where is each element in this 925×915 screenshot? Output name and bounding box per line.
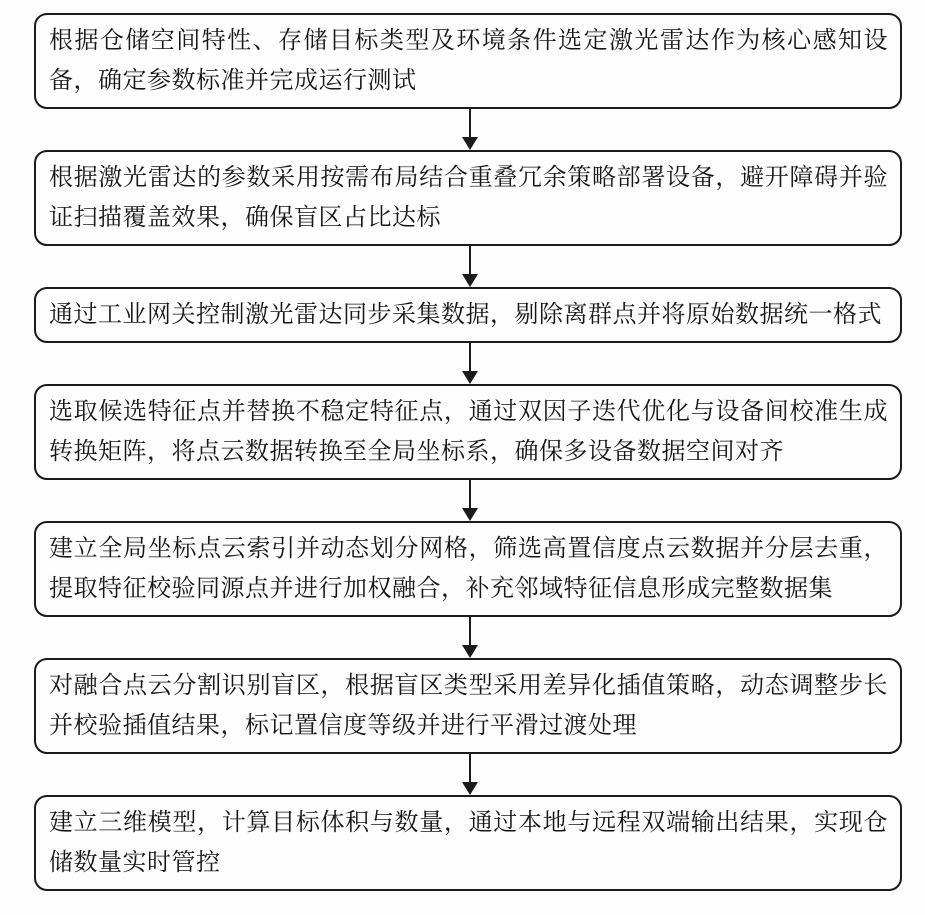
flow-step-text: 对融合点云分割识别盲区，根据盲区类型采用差异化插值策略，动态调整步长并校验插值结… [49, 666, 888, 746]
down-arrow-icon [462, 480, 478, 521]
arrow-line [469, 246, 471, 274]
flow-step-2: 根据激光雷达的参数采用按需布局结合重叠冗余策略部署设备，避开障碍并验证扫描覆盖效… [34, 150, 902, 287]
flow-step-text: 根据仓储空间特性、存储目标类型及环境条件选定激光雷达作为核心感知设备，确定参数标… [49, 21, 888, 101]
arrow-head [462, 645, 478, 658]
arrow-line [469, 754, 471, 782]
page: { "flowchart": { "title": "激光雷达仓储感知流程图",… [0, 0, 925, 915]
arrow-head [462, 508, 478, 521]
down-arrow-icon [462, 617, 478, 658]
flow-step-1: 根据仓储空间特性、存储目标类型及环境条件选定激光雷达作为核心感知设备，确定参数标… [34, 13, 902, 150]
flow-step-4: 选取候选特征点并替换不稳定特征点，通过双因子迭代优化与设备间校准生成转换矩阵，将… [34, 384, 902, 521]
flow-step-box: 根据仓储空间特性、存储目标类型及环境条件选定激光雷达作为核心感知设备，确定参数标… [34, 13, 902, 109]
flow-step-7: 建立三维模型，计算目标体积与数量，通过本地与远程双端输出结果，实现仓储数量实时管… [34, 795, 902, 891]
arrow-line [469, 343, 471, 371]
arrow-head [462, 137, 478, 150]
arrow-head [462, 371, 478, 384]
flow-step-box: 对融合点云分割识别盲区，根据盲区类型采用差异化插值策略，动态调整步长并校验插值结… [34, 658, 902, 754]
arrow-head [462, 782, 478, 795]
flow-step-box: 建立三维模型，计算目标体积与数量，通过本地与远程双端输出结果，实现仓储数量实时管… [34, 795, 902, 891]
arrow-line [469, 109, 471, 137]
down-arrow-icon [462, 246, 478, 287]
down-arrow-icon [462, 109, 478, 150]
flow-step-box: 根据激光雷达的参数采用按需布局结合重叠冗余策略部署设备，避开障碍并验证扫描覆盖效… [34, 150, 902, 246]
flow-step-text: 建立全局坐标点云索引并动态划分网格，筛选高置信度点云数据并分层去重，提取特征校验… [49, 529, 888, 609]
down-arrow-icon [462, 343, 478, 384]
flow-step-box: 选取候选特征点并替换不稳定特征点，通过双因子迭代优化与设备间校准生成转换矩阵，将… [34, 384, 902, 480]
flow-step-text: 选取候选特征点并替换不稳定特征点，通过双因子迭代优化与设备间校准生成转换矩阵，将… [49, 392, 888, 472]
flow-step-text: 建立三维模型，计算目标体积与数量，通过本地与远程双端输出结果，实现仓储数量实时管… [49, 803, 888, 883]
flow-step-box: 建立全局坐标点云索引并动态划分网格，筛选高置信度点云数据并分层去重，提取特征校验… [34, 521, 902, 617]
flow-step-text: 根据激光雷达的参数采用按需布局结合重叠冗余策略部署设备，避开障碍并验证扫描覆盖效… [49, 158, 888, 238]
arrow-head [462, 274, 478, 287]
flow-step-5: 建立全局坐标点云索引并动态划分网格，筛选高置信度点云数据并分层去重，提取特征校验… [34, 521, 902, 658]
flow-step-6: 对融合点云分割识别盲区，根据盲区类型采用差异化插值策略，动态调整步长并校验插值结… [34, 658, 902, 795]
flow-step-box: 通过工业网关控制激光雷达同步采集数据，剔除离群点并将原始数据统一格式 [34, 287, 902, 343]
down-arrow-icon [462, 754, 478, 795]
arrow-line [469, 617, 471, 645]
flow-step-text: 通过工业网关控制激光雷达同步采集数据，剔除离群点并将原始数据统一格式 [49, 295, 888, 335]
arrow-line [469, 480, 471, 508]
flowchart: 根据仓储空间特性、存储目标类型及环境条件选定激光雷达作为核心感知设备，确定参数标… [34, 13, 902, 891]
flow-step-3: 通过工业网关控制激光雷达同步采集数据，剔除离群点并将原始数据统一格式 [34, 287, 902, 384]
